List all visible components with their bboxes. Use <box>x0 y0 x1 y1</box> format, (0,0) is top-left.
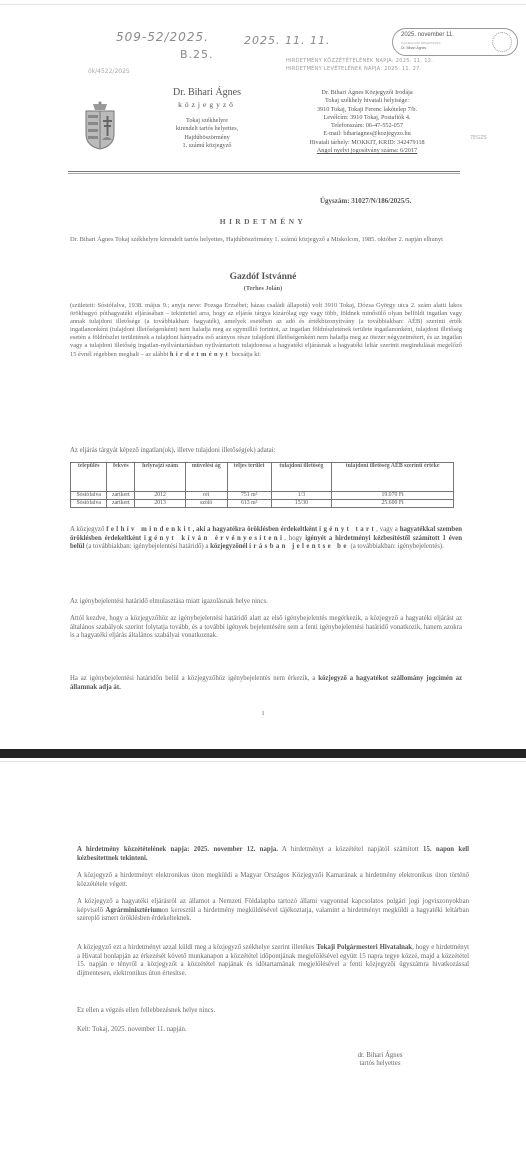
body-emphasis: hirdetményt <box>170 351 230 358</box>
subtitle-line: kirendelt tartós helyettes, <box>134 125 280 133</box>
cell: zártkert <box>107 492 135 500</box>
signer-title: tartós helyettes <box>330 1060 430 1068</box>
cell: zártkert <box>107 500 135 508</box>
scan-edge <box>0 4 526 5</box>
no-justification-paragraph: Az igénybejelentési határidő elmulasztás… <box>70 598 462 606</box>
coat-of-arms-icon <box>83 100 117 150</box>
after-first-claim-paragraph: Attól kezdve, hogy a közjegyzőhöz az igé… <box>70 615 462 641</box>
cell: 2012 <box>135 492 185 500</box>
received-stamp: 2025. november 11. KÖZJEGYZŐI ÉRKEZTETÉS… <box>392 28 518 56</box>
signer-name: dr. Bihari Ágnes <box>330 1052 430 1060</box>
col-header: fekvés <box>107 463 135 492</box>
cell: Sóstófalva <box>71 492 107 500</box>
body-paragraph: (született: Sóstófalva, 1938. május 9.; … <box>70 302 462 359</box>
body-text: (született: Sóstófalva, 1938. május 9.; … <box>70 302 462 358</box>
col-header: tulajdoni illetőség <box>271 463 331 492</box>
text: Ha az igénybejelentési határidőn belül a… <box>70 675 315 682</box>
text: , hogy <box>284 535 302 542</box>
cell: 19.070 Ft <box>332 492 454 500</box>
handwritten-reference: ök/4522/2025 <box>88 68 130 75</box>
office-postal: Levélcím: 3910 Tokaj, Postafiók 4. <box>272 114 462 122</box>
notary-name: Dr. Bihari Ágnes <box>134 87 280 98</box>
publication-paragraph: A hirdetmény közzétételének napja: 2025.… <box>77 846 469 863</box>
signature-block: dr. Bihari Ágnes tartós helyettes <box>330 1052 430 1069</box>
cell: 613 m² <box>227 500 271 508</box>
handwritten-file-number: 509-52/2025. <box>116 30 209 44</box>
scan-edge <box>0 761 526 762</box>
letterhead-rule <box>68 171 460 172</box>
text: A közjegyző ezt a hirdetményt azzal küld… <box>77 944 314 951</box>
ministry-paragraph: A közjegyző a hagyatéki eljárásról az ál… <box>77 898 469 924</box>
notary-role: közjegyző <box>134 100 280 109</box>
office-line: Tokaj székhely hivatali helyisége: <box>272 97 462 105</box>
handwritten-date: 2025. 11. 11. <box>244 34 330 47</box>
intro-paragraph: Dr. Bihari Ágnes Tokaj székhelyre kirend… <box>70 236 462 244</box>
text: (a továbbiakban: igénybejelentési határi… <box>86 543 208 550</box>
text: (a továbbiakban: igénybejelentés). <box>350 543 443 550</box>
mayor-office-paragraph: A közjegyző ezt a hirdetményt azzal küld… <box>77 944 469 978</box>
handwritten-margin-mark: 7EGZS <box>470 135 487 141</box>
handwritten-sub-number: B.25. <box>180 48 214 61</box>
emphasis: igényt tart <box>319 526 376 533</box>
state-transfer-paragraph: Ha az igénybejelentési határidőn belül a… <box>70 675 462 692</box>
body-tail: bocsátja ki: <box>232 351 261 358</box>
handwritten-published-note: HIRDETMÉNY KÖZZÉTÉTELÉNEK NAPJA: 2025. 1… <box>286 58 433 64</box>
bold-text: A hirdetmény közzétételének napja: 2025.… <box>77 846 278 853</box>
letterhead-rule <box>68 173 460 174</box>
office-name: Dr. Bihari Ágnes Közjegyzői Irodája <box>272 89 462 97</box>
col-header: helyrajzi szám <box>135 463 185 492</box>
document-page-1: 509-52/2025. B.25. ök/4522/2025 2025. 11… <box>0 0 526 749</box>
letterhead-contact: Dr. Bihari Ágnes Közjegyzői Irodája Toka… <box>272 89 462 155</box>
text: , aki a hagyatékra öröklésben érdekeltké… <box>193 526 318 533</box>
notary-subtitle: Tokaj székhelyre kirendelt tartós helyet… <box>134 117 280 150</box>
office-storage: Hivatali tárhely: MOKKIT, KRID: 34247911… <box>272 139 462 147</box>
case-number: Ügyszám: 31027/N/186/2025/5. <box>320 197 411 205</box>
cell: 751 m² <box>227 492 271 500</box>
bold-text: Agrárminisztérium <box>106 907 162 914</box>
subtitle-line: Tokaj székhelyre <box>134 117 280 125</box>
appeal-paragraph: Ez ellen a végzés ellen fellebbezésnek h… <box>77 1007 469 1015</box>
stamp-date: 2025. november 11. <box>401 32 454 38</box>
col-header: tulajdoni illetőség AÉB szerinti értéke <box>332 463 454 492</box>
deceased-maiden-name: (Terhes Jolán) <box>0 285 526 292</box>
stamp-line: KÖZJEGYZŐI ÉRKEZTETÉS <box>401 41 441 45</box>
office-address: 3910 Tokaj, Tokaji Ferenc lakótelep 7/b. <box>272 106 462 114</box>
letterhead-left: Dr. Bihari Ágnes közjegyző Tokaj székhel… <box>134 87 280 150</box>
cell: 25.600 Ft <box>332 500 454 508</box>
office-email: E-mail: bihariagnes@kozjegyzo.hu <box>272 130 462 138</box>
bold-text: Tokaji Polgármesteri Hivatalnak <box>316 944 412 951</box>
office-license: Angol nyelvi jogosítvány száma: 6/2017 <box>272 147 462 155</box>
table-header-row: település fekvés helyrajzi szám művelési… <box>71 463 454 492</box>
cell: 15/30 <box>271 500 331 508</box>
deceased-name: Gazdóf Istvánné <box>0 272 526 282</box>
col-header: művelési ág <box>185 463 227 492</box>
chamber-paragraph: A közjegyző a hirdetményt elektronikus ú… <box>77 872 469 889</box>
cell: Sóstófalva <box>71 500 107 508</box>
emblem-icon <box>492 32 512 52</box>
call-paragraph: A közjegyző felhív mindenkit, aki a hagy… <box>70 526 462 592</box>
table-intro: Az eljárás tárgyát képező ingatlan(ok), … <box>70 447 462 455</box>
table-row: Sóstófalva zártkert 2012 rét 751 m² 1/3 … <box>71 492 454 500</box>
col-header: település <box>71 463 107 492</box>
stamp-name: Dr. Bihari Ágnes <box>401 46 426 50</box>
subtitle-line: 1. számú közjegyző <box>134 142 280 150</box>
emphasis: igényt kíván érvényesíteni <box>144 535 284 542</box>
page-number: 1 <box>0 710 526 717</box>
text: , vagy a <box>376 526 398 533</box>
subtitle-line: Hajdúböszörmény <box>134 134 280 142</box>
bold-text: közjegyzőnél <box>210 543 247 550</box>
dated-line: Kelt: Tokaj, 2025. november 11. napján. <box>77 1026 469 1034</box>
emphasis: írásban jelentse be <box>249 543 349 550</box>
text: A közjegyző <box>70 526 104 533</box>
page-separator <box>0 749 526 758</box>
cell: szőlő <box>185 500 227 508</box>
office-phone: Telefonszám: 06-47-552-057 <box>272 122 462 130</box>
document-title: HIRDETMÉNY <box>0 217 526 226</box>
document-page-2: A hirdetmény közzétételének napja: 2025.… <box>0 758 526 1156</box>
table-row: Sóstófalva zártkert 2013 szőlő 613 m² 15… <box>71 500 454 508</box>
cell: 2013 <box>135 500 185 508</box>
handwritten-removed-note: HIRDETMÉNY LEVÉTELÉNEK NAPJA: 2025. 11. … <box>286 66 422 72</box>
col-header: teljes terület <box>227 463 271 492</box>
text: A hirdetményt a közzététel napjától szám… <box>282 846 419 853</box>
cell: rét <box>185 492 227 500</box>
cell: 1/3 <box>271 492 331 500</box>
emphasis: felhív mindenkit <box>106 526 192 533</box>
property-table: település fekvés helyrajzi szám művelési… <box>70 462 454 508</box>
